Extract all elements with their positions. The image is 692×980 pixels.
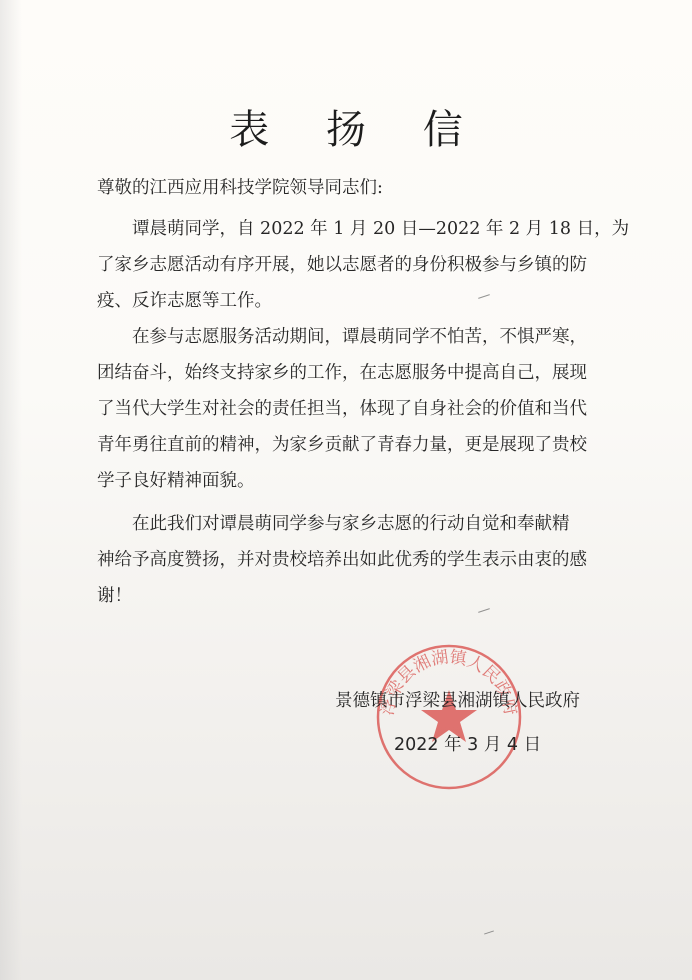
paragraph-1: 谭晨萌同学，自 2022 年 1 月 20 日—2022 年 2 月 18 日，… — [97, 211, 605, 319]
paragraph-line: 谭晨萌同学，自 2022 年 1 月 20 日—2022 年 2 月 18 日，… — [97, 211, 605, 247]
paragraph-line: 团结奋斗，始终支持家乡的工作，在志愿服务中提高自己，展现 — [97, 355, 605, 391]
paragraph-line: 在参与志愿服务活动期间，谭晨萌同学不怕苦，不惧严寒， — [97, 319, 605, 355]
paper-speck — [484, 930, 494, 934]
issuer-signature: 景德镇市浮梁县湘湖镇人民政府 — [335, 687, 580, 712]
issue-date: 2022 年 3 月 4 日 — [394, 731, 541, 756]
paragraph-line: 了家乡志愿活动有序开展，她以志愿者的身份积极参与乡镇的防 — [97, 247, 605, 283]
paragraph-line: 了当代大学生对社会的责任担当，体现了自身社会的价值和当代 — [97, 391, 605, 427]
paragraph-2: 在参与志愿服务活动期间，谭晨萌同学不怕苦，不惧严寒， 团结奋斗，始终支持家乡的工… — [97, 319, 605, 499]
paragraph-line: 青年勇往直前的精神，为家乡贡献了青春力量，更是展现了贵校 — [97, 427, 605, 463]
paragraph-line: 学子良好精神面貌。 — [97, 463, 605, 499]
paragraph-line: 在此我们对谭晨萌同学参与家乡志愿的行动自觉和奉献精 — [97, 506, 605, 542]
paragraph-line: 谢！ — [97, 578, 605, 614]
salutation: 尊敬的江西应用科技学院领导同志们: — [97, 170, 605, 206]
paragraph-line: 疫、反诈志愿等工作。 — [97, 283, 605, 319]
paragraph-line: 神给予高度赞扬，并对贵校培养出如此优秀的学生表示由衷的感 — [97, 542, 605, 578]
paragraph-3: 在此我们对谭晨萌同学参与家乡志愿的行动自觉和奉献精 神给予高度赞扬，并对贵校培养… — [97, 506, 605, 614]
letter-page: 表 扬 信 尊敬的江西应用科技学院领导同志们: 谭晨萌同学，自 2022 年 1… — [0, 0, 692, 980]
letter-title: 表 扬 信 — [0, 98, 692, 155]
official-seal-icon: 浮梁县湘湖镇人民政府 — [374, 642, 524, 792]
